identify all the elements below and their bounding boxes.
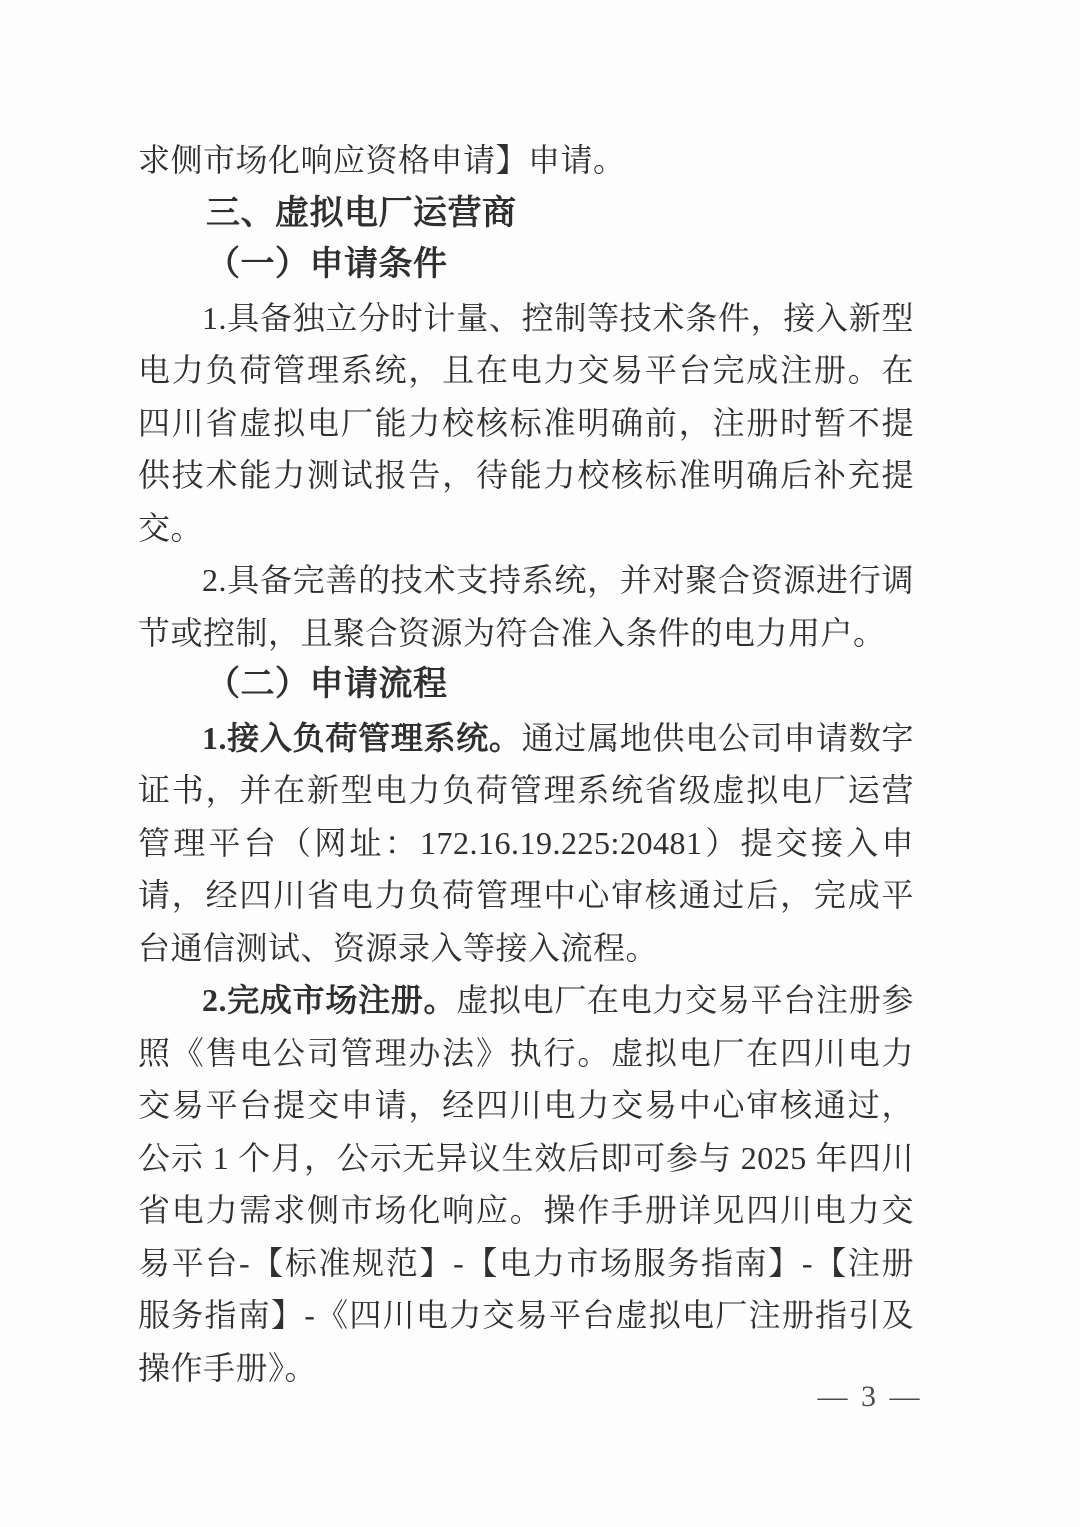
paragraph-flow-step-2-text: 虚拟电厂在电力交易平台注册参照《售电公司管理办法》执行。虚拟电厂在四川电力交易平…	[138, 982, 914, 1386]
bold-lead-step-1: 1.接入负荷管理系统。	[202, 720, 522, 756]
paragraph-condition-1: 1.具备独立分时计量、控制等技术条件，接入新型电力负荷管理系统，且在电力交易平台…	[138, 292, 914, 555]
bold-lead-step-2: 2.完成市场注册。	[202, 982, 456, 1018]
subsection-heading-application-flow: （二）申请流程	[138, 659, 914, 712]
paragraph-continuation: 求侧市场化响应资格申请】申请。	[138, 134, 914, 187]
paragraph-condition-2: 2.具备完善的技术支持系统，并对聚合资源进行调节或控制，且聚合资源为符合准入条件…	[138, 554, 914, 659]
page-number: — 3 —	[780, 1380, 960, 1414]
paragraph-flow-step-2: 2.完成市场注册。虚拟电厂在电力交易平台注册参照《售电公司管理办法》执行。虚拟电…	[138, 974, 914, 1394]
document-body: 求侧市场化响应资格申请】申请。 三、虚拟电厂运营商 （一）申请条件 1.具备独立…	[138, 134, 914, 1394]
paragraph-flow-step-1: 1.接入负荷管理系统。通过属地供电公司申请数字证书，并在新型电力负荷管理系统省级…	[138, 712, 914, 975]
document-page: 求侧市场化响应资格申请】申请。 三、虚拟电厂运营商 （一）申请条件 1.具备独立…	[0, 0, 1080, 1527]
subsection-heading-application-conditions: （一）申请条件	[138, 239, 914, 292]
section-heading-vpp-operator: 三、虚拟电厂运营商	[138, 187, 914, 240]
paragraph-flow-step-1-text: 通过属地供电公司申请数字证书，并在新型电力负荷管理系统省级虚拟电厂运营管理平台（…	[138, 720, 914, 966]
